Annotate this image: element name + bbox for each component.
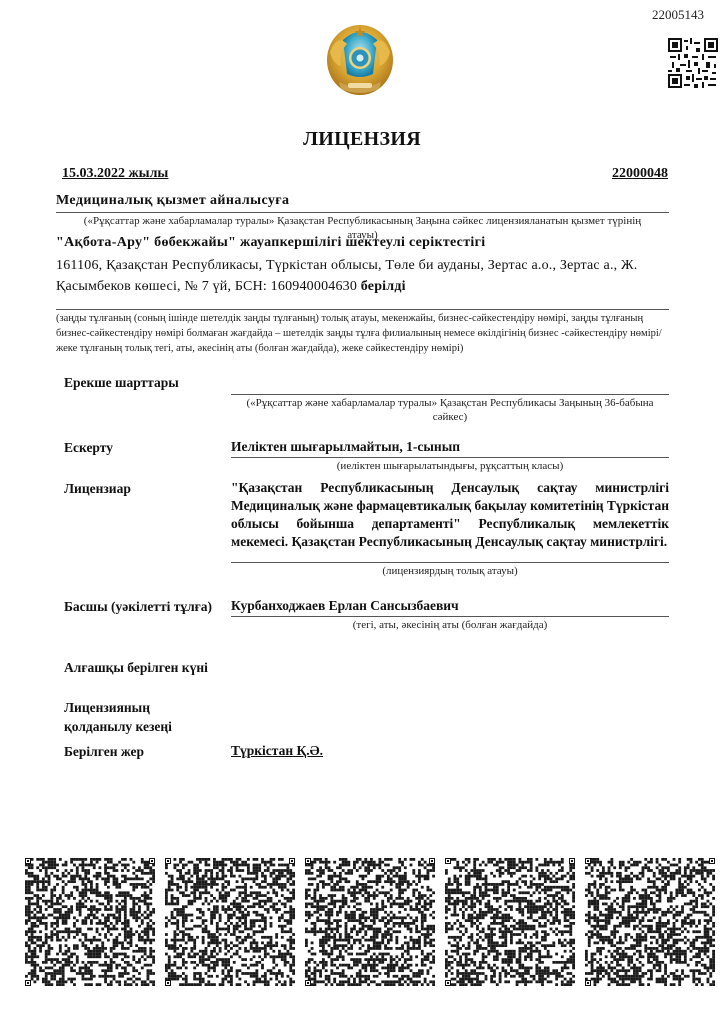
head-caption: (тегі, аты, әкесінің аты (болған жағдайд… [231,618,669,632]
activity-type: Медициналық қызмет айналысуға [56,193,289,209]
special-conditions-caption-line2: сәйкес) [231,410,669,424]
activity-underline [56,212,669,213]
qr-block-1-icon [25,858,155,986]
place-of-issue-label: Берілген жер [64,742,144,761]
licensee-name: "Ақбота-Ару" бөбекжайы" жауапкершілігі ш… [56,235,485,251]
special-conditions-caption-line1: («Рұқсаттар және хабарламалар туралы» Қа… [231,396,669,410]
head-value: Курбанходжаев Ерлан Сансызбаевич [231,597,669,615]
qr-code-icon [668,38,718,88]
licensor-label: Лицензиар [64,479,131,498]
qr-block-5-icon [585,858,715,986]
address-line-1: 161106, Қазақстан Республикасы, Түркіста… [56,255,676,276]
note-label: Ескерту [64,438,113,457]
licensor-caption: (лицензиярдың толық атауы) [231,564,669,578]
document-number: 22005143 [652,7,704,23]
head-underline [231,616,669,617]
footer-qr-codes [25,858,724,988]
licensee-caption: (заңды тұлғаның (соның ішінде шетелдік з… [56,311,676,356]
head-label: Басшы (уәкілетті тұлға) [64,597,212,616]
special-conditions-label: Ерекше шарттары [64,373,179,392]
licensor-underline [231,562,669,563]
note-caption: (иеліктен шығарылатындығы, рұқсаттың кла… [231,459,669,473]
validity-period-label-line1: Лицензияның [64,698,172,717]
activity-caption-line1: («Рұқсаттар және хабарламалар туралы» Қа… [56,214,669,228]
document-title: ЛИЦЕНЗИЯ [0,128,724,151]
licensor-value: "Қазақстан Республикасының Денсаулық сақ… [231,479,669,551]
validity-period-label: Лицензияның қолданылу кезеңі [64,698,172,736]
place-of-issue-value: Түркістан Қ.Ә. [231,742,323,760]
issue-date: 15.03.2022 жылы [62,166,168,182]
issued-word: берілді [361,279,406,294]
special-conditions-underline [231,394,669,395]
qr-block-3-icon [305,858,435,986]
special-conditions-caption: («Рұқсаттар және хабарламалар туралы» Қа… [231,396,669,424]
address-line-2: Қасымбеков көшесі, № 7 үй, БСН: 16094000… [56,276,676,297]
validity-period-label-line2: қолданылу кезеңі [64,717,172,736]
kazakhstan-state-emblem-icon [323,22,397,98]
qr-block-4-icon [445,858,575,986]
qr-block-2-icon [165,858,295,986]
first-issue-date-label: Алғашқы берілген күні [64,658,208,677]
licensee-underline [56,309,669,310]
note-value: Иеліктен шығарылмайтын, 1-сынып [231,438,669,456]
note-underline [231,457,669,458]
address-line-2-text: Қасымбеков көшесі, № 7 үй, БСН: 16094000… [56,279,361,294]
license-number: 22000048 [612,166,668,182]
licensee-address: 161106, Қазақстан Республикасы, Түркіста… [56,255,676,297]
